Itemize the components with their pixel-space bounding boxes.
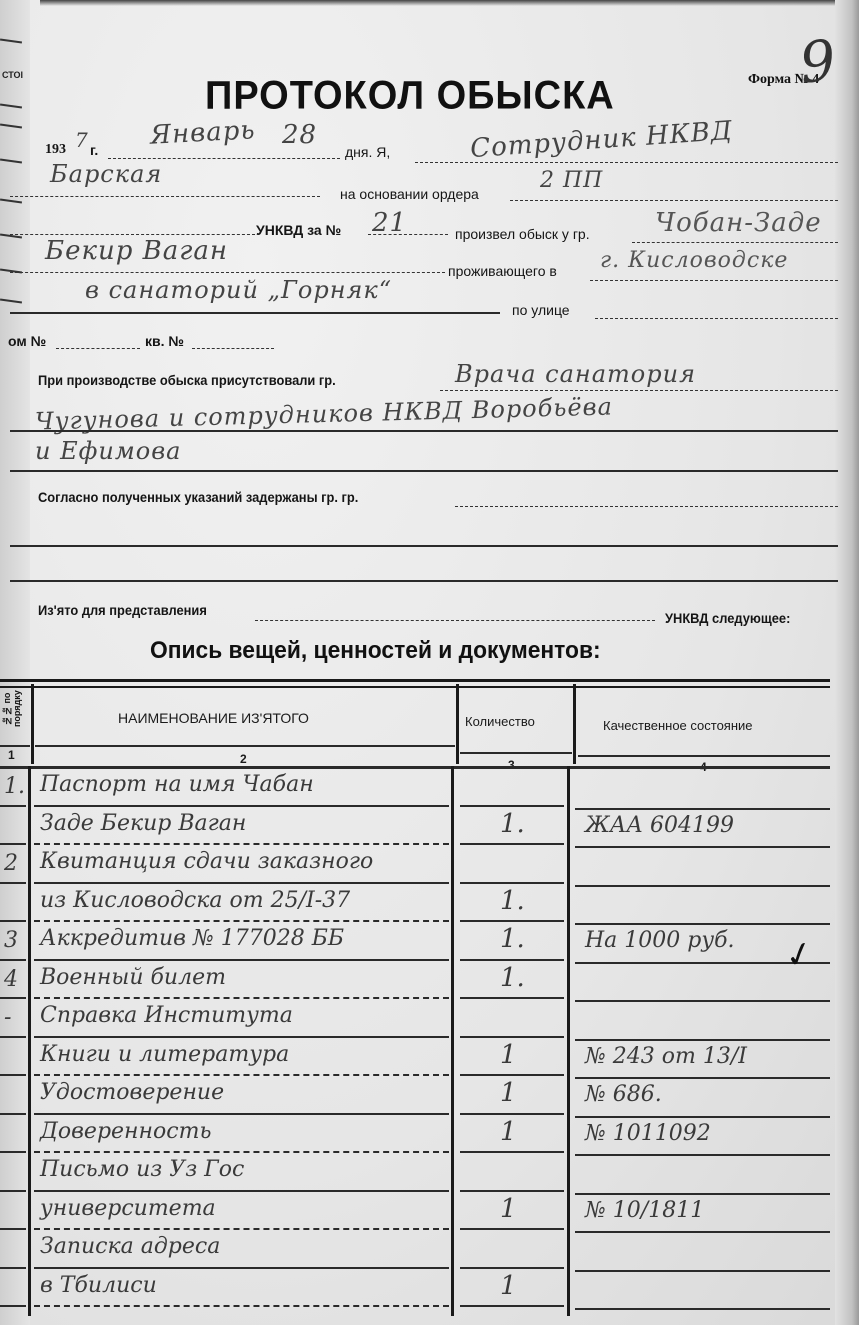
person-line-2 <box>10 272 445 273</box>
handwritten-page-number: 9 <box>797 28 839 96</box>
row-line-name <box>34 1190 449 1192</box>
year-suffix: г. <box>90 142 98 158</box>
row-line-qty <box>460 959 564 961</box>
residing-line <box>590 280 838 281</box>
row-line-qty <box>460 1113 564 1115</box>
order-handwritten[interactable]: 2 ПП <box>540 168 603 193</box>
item-state[interactable]: ЖАА 604199 <box>585 813 734 838</box>
item-name[interactable]: Справка Института <box>40 1003 293 1028</box>
item-quantity[interactable]: 1. <box>500 886 525 916</box>
col-index-1: 1 <box>8 748 15 762</box>
item-name[interactable]: Паспорт на имя Чабан <box>40 772 314 797</box>
row-line-no <box>0 1190 26 1192</box>
unkvd-number-line <box>368 234 448 235</box>
row-line-qty <box>460 843 564 845</box>
row-line-no <box>0 1074 26 1076</box>
row-line-name <box>34 882 449 884</box>
item-name[interactable]: Удостоверение <box>40 1080 224 1105</box>
row-line-qty <box>460 1151 564 1153</box>
item-name[interactable]: Книги и литература <box>40 1042 289 1067</box>
item-state[interactable]: № 243 от 13/I <box>585 1044 747 1069</box>
row-line-no <box>0 1036 26 1038</box>
row-line-no <box>0 882 26 884</box>
col-header-rowno: №№ по порядку <box>2 684 32 734</box>
item-quantity[interactable]: 1 <box>500 1078 517 1108</box>
row-line-qty <box>460 1190 564 1192</box>
item-quantity[interactable]: 1 <box>500 1040 517 1070</box>
present-line-3 <box>10 470 838 472</box>
month-handwritten[interactable]: Январь <box>149 115 256 150</box>
row-line-name <box>34 843 449 845</box>
row-line-qty <box>460 882 564 884</box>
unkvd-label: УНКВД за № <box>256 222 341 238</box>
row-number: - <box>4 1005 11 1030</box>
present-line-2 <box>10 430 838 432</box>
row-number: 3 <box>4 928 18 953</box>
detained-line-1 <box>455 506 838 507</box>
item-name[interactable]: университета <box>40 1196 216 1221</box>
page-top-shadow <box>40 0 859 6</box>
row-line-qty <box>460 805 564 807</box>
officer-name-line <box>10 196 320 197</box>
row-line-no <box>0 959 26 961</box>
item-state[interactable]: № 686. <box>585 1082 662 1107</box>
apartment-label: кв. № <box>145 333 184 349</box>
officer-handwritten[interactable]: Сотрудник НКВД <box>469 116 734 164</box>
item-name[interactable]: из Кисловодска от 25/I-37 <box>40 888 350 913</box>
unkvd-pre-line <box>10 234 255 235</box>
officer-name-handwritten[interactable]: Барская <box>50 160 162 188</box>
search-person-line <box>632 242 838 243</box>
row-line-qty <box>460 1267 564 1269</box>
item-name[interactable]: Записка адреса <box>40 1234 220 1259</box>
row-line-name <box>34 920 449 922</box>
row-line-no <box>0 843 26 845</box>
row-number: 2 <box>4 851 18 876</box>
present-handwritten-1[interactable]: Врача санатория <box>455 360 696 388</box>
item-state[interactable]: № 1011092 <box>585 1121 711 1146</box>
row-line-qty <box>460 920 564 922</box>
hdr-sub-line-3 <box>460 752 572 754</box>
present-handwritten-3[interactable]: и Ефимова <box>35 437 181 465</box>
hdr-sub-line-2 <box>35 745 455 747</box>
item-quantity[interactable]: 1. <box>500 963 525 993</box>
row-line-no <box>0 920 26 922</box>
row-line-state <box>575 1308 830 1310</box>
row-line-name <box>34 1151 449 1153</box>
day-handwritten[interactable]: 28 <box>282 120 317 150</box>
row-line-qty <box>460 1074 564 1076</box>
item-name[interactable]: в Тбилиси <box>40 1273 157 1298</box>
row-line-no <box>0 1305 26 1307</box>
row-line-no <box>0 1267 26 1269</box>
row-line-qty <box>460 1036 564 1038</box>
hdr-sub-line-1 <box>0 745 30 747</box>
row-line-name <box>34 959 449 961</box>
row-line-no <box>0 997 26 999</box>
table-top-border <box>0 679 830 682</box>
person-handwritten-2[interactable]: Бекир Ваган <box>45 236 228 266</box>
right-page-edge <box>835 0 859 1325</box>
residing-handwritten-2[interactable]: в санаторий „Горняк“ <box>85 276 392 304</box>
row-line-name <box>34 997 449 999</box>
year-handwritten: 7 <box>75 128 89 152</box>
search-label: произвел обыск у гр. <box>455 226 590 242</box>
item-quantity[interactable]: 1 <box>500 1117 517 1147</box>
residing-handwritten[interactable]: г. Кисловодске <box>600 248 788 273</box>
row-line-name <box>34 1305 449 1307</box>
residing-label: проживающего в <box>448 263 557 279</box>
item-name[interactable]: Квитанция сдачи заказного <box>40 849 373 874</box>
seized-suffix: УНКВД следующее: <box>665 610 790 626</box>
person-handwritten-1[interactable]: Чобан-Заде <box>655 208 822 238</box>
house-label: ом № <box>8 333 46 349</box>
row-line-name <box>34 1074 449 1076</box>
row-line-no <box>0 805 26 807</box>
row-line-name <box>34 1267 449 1269</box>
row-number: 4 <box>4 967 18 992</box>
detained-label: Согласно полученных указаний задержаны г… <box>38 489 358 505</box>
order-line <box>510 200 838 201</box>
hdr-sub-line-4 <box>578 755 830 757</box>
col-divider-2 <box>456 684 459 764</box>
row-line-qty <box>460 997 564 999</box>
row-line-no <box>0 1113 26 1115</box>
row-line-qty <box>460 1228 564 1230</box>
row-line-name <box>34 1036 449 1038</box>
year-prefix: 193 <box>45 142 66 158</box>
row-line-no <box>0 1151 26 1153</box>
col-header-quantity: Количество <box>465 714 535 729</box>
row-line-name <box>34 1113 449 1115</box>
row-line-name <box>34 805 449 807</box>
col-divider-3 <box>573 684 576 764</box>
row-number: 1. <box>4 774 25 799</box>
document-title: ПРОТОКОЛ ОБЫСКА <box>205 74 615 119</box>
item-name[interactable]: Аккредитив № 177028 ББ <box>40 926 344 951</box>
row-line-qty <box>460 1305 564 1307</box>
col-index-2: 2 <box>240 752 247 766</box>
apartment-line <box>192 348 274 349</box>
order-label: на основании ордера <box>340 186 479 202</box>
item-quantity[interactable]: 1. <box>500 924 525 954</box>
item-quantity[interactable]: 1. <box>500 809 525 839</box>
table-header-bottom <box>0 766 830 769</box>
present-line-1 <box>440 390 838 391</box>
inventory-subtitle: Опись вещей, ценностей и документов: <box>150 637 601 665</box>
table-top-border-2 <box>0 686 830 688</box>
item-quantity[interactable]: 1 <box>500 1271 517 1301</box>
present-label: При производстве обыска присутствовали г… <box>38 372 336 388</box>
seized-line <box>255 620 655 621</box>
item-state[interactable]: № 10/1811 <box>585 1198 704 1223</box>
edge-label: СТОІ <box>2 70 23 80</box>
item-name[interactable]: Письмо из Уз Гос <box>40 1157 244 1182</box>
street-line <box>595 318 838 319</box>
street-label: по улице <box>512 302 570 318</box>
row-line-name <box>34 1228 449 1230</box>
item-name[interactable]: Военный билет <box>40 965 226 990</box>
seized-label: Из'ято для представления <box>38 602 207 618</box>
item-quantity[interactable]: 1 <box>500 1194 517 1224</box>
residing-line-2 <box>10 312 500 314</box>
document-page: СТОІ ПРОТОКОЛ ОБЫСКА Форма № 4 9 193 7 г… <box>0 0 859 1325</box>
house-line <box>56 348 140 349</box>
detained-line-3 <box>10 580 838 582</box>
date-line <box>108 158 340 159</box>
item-name[interactable]: Доверенность <box>40 1119 211 1144</box>
item-name[interactable]: Заде Бекир Ваган <box>40 811 246 836</box>
item-state[interactable]: На 1000 руб. <box>585 928 735 953</box>
col-header-state: Качественное состояние <box>603 718 753 733</box>
row-line-no <box>0 1228 26 1230</box>
col-header-name: НАИМЕНОВАНИЕ ИЗ'ЯТОГО <box>118 710 309 726</box>
day-label: дня. Я, <box>345 144 390 160</box>
detained-line-2 <box>10 545 838 547</box>
